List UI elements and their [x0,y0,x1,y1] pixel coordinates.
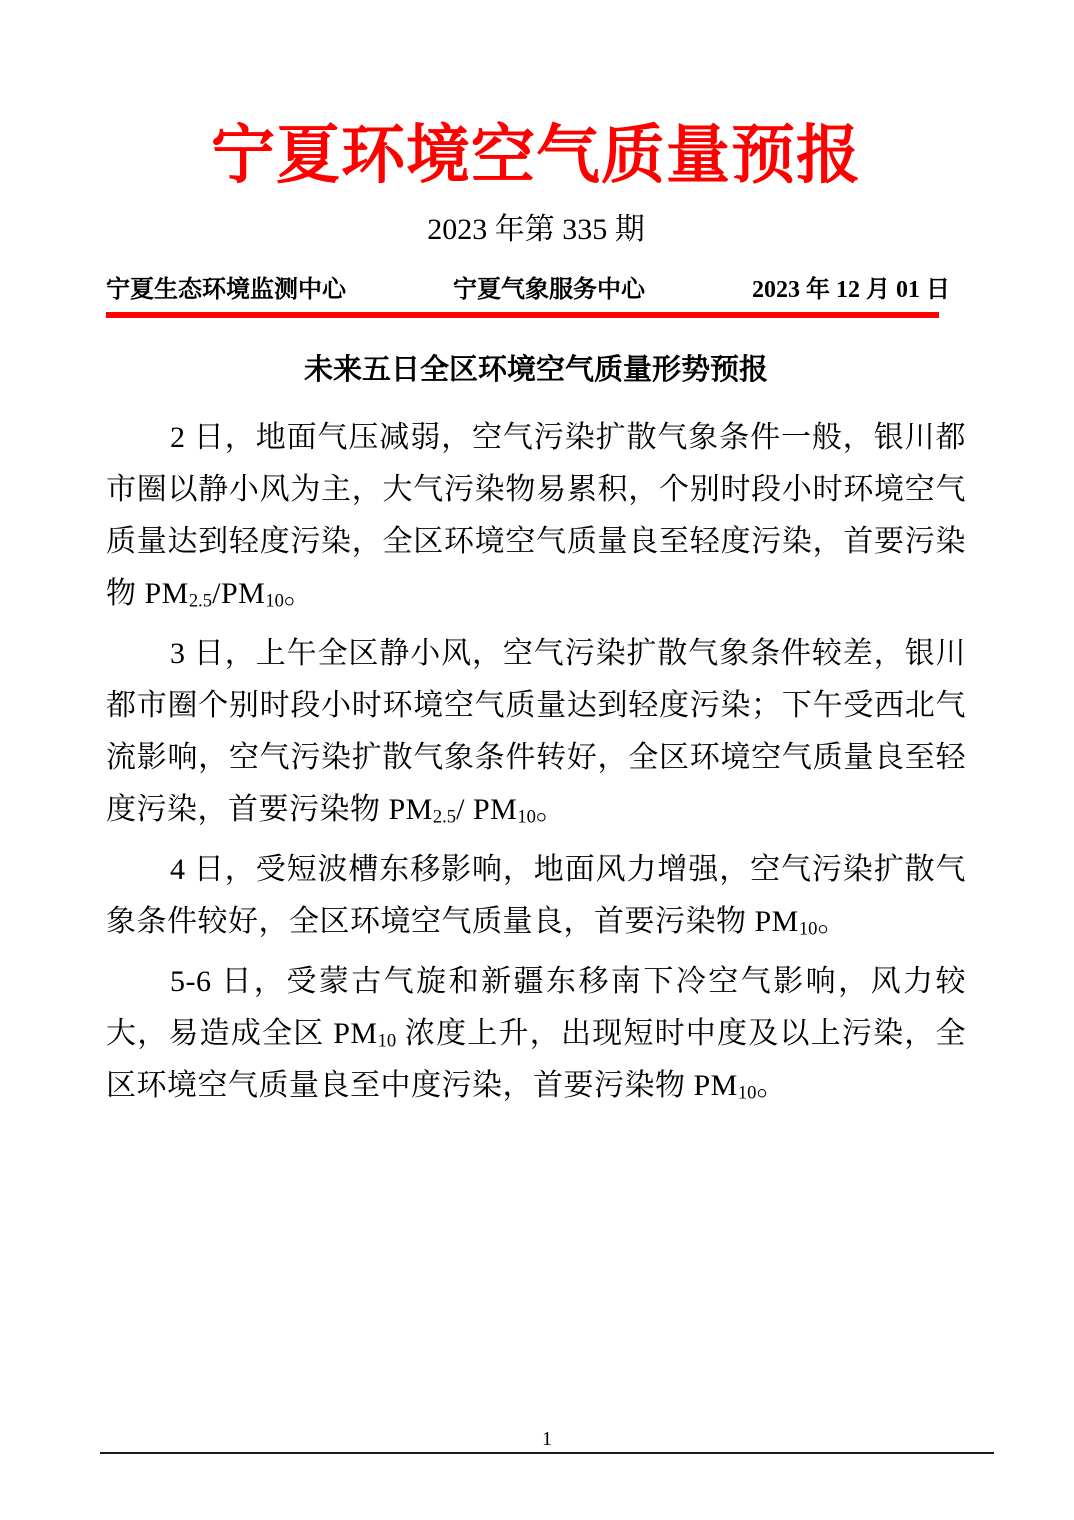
body-paragraphs: 2 日，地面气压减弱，空气污染扩散气象条件一般，银川都市圈以静小风为主，大气污染… [106,412,966,1112]
issue-date: 2023 年 12 月 01 日 [752,276,950,305]
pollutant-subscript: 10 [799,918,818,939]
pollutant-subscript: 2.5 [189,590,212,611]
body-paragraph: 5-6 日，受蒙古气旋和新疆东移南下冷空气影响，风力较大，易造成全区 PM10 … [106,956,966,1112]
org-weather-center: 宁夏气象服务中心 [453,276,645,305]
masthead: 宁夏生态环境监测中心 宁夏气象服务中心 2023 年 12 月 01 日 [106,276,966,305]
issue-number: 2023 年第 335 期 [106,212,966,248]
page-footer: 1 [100,1426,994,1454]
document-page: 宁夏环境空气质量预报 2023 年第 335 期 宁夏生态环境监测中心 宁夏气象… [0,0,1074,1520]
body-paragraph: 2 日，地面气压减弱，空气污染扩散气象条件一般，银川都市圈以静小风为主，大气污染… [106,412,966,620]
org-monitoring-center: 宁夏生态环境监测中心 [106,276,346,305]
page-number: 1 [542,1426,552,1452]
pollutant-subscript: 10 [738,1082,757,1103]
pollutant-subscript: 10 [517,806,536,827]
body-paragraph: 3 日，上午全区静小风，空气污染扩散气象条件较差，银川都市圈个别时段小时环境空气… [106,628,966,836]
section-heading: 未来五日全区环境空气质量形势预报 [106,352,966,388]
document-title: 宁夏环境空气质量预报 [106,118,966,195]
body-paragraph: 4 日，受短波槽东移影响，地面风力增强，空气污染扩散气象条件较好，全区环境空气质… [106,844,966,948]
red-divider-rule [106,312,939,318]
pollutant-subscript: 10 [378,1030,397,1051]
pollutant-subscript: 10 [265,590,284,611]
pollutant-subscript: 2.5 [433,806,456,827]
